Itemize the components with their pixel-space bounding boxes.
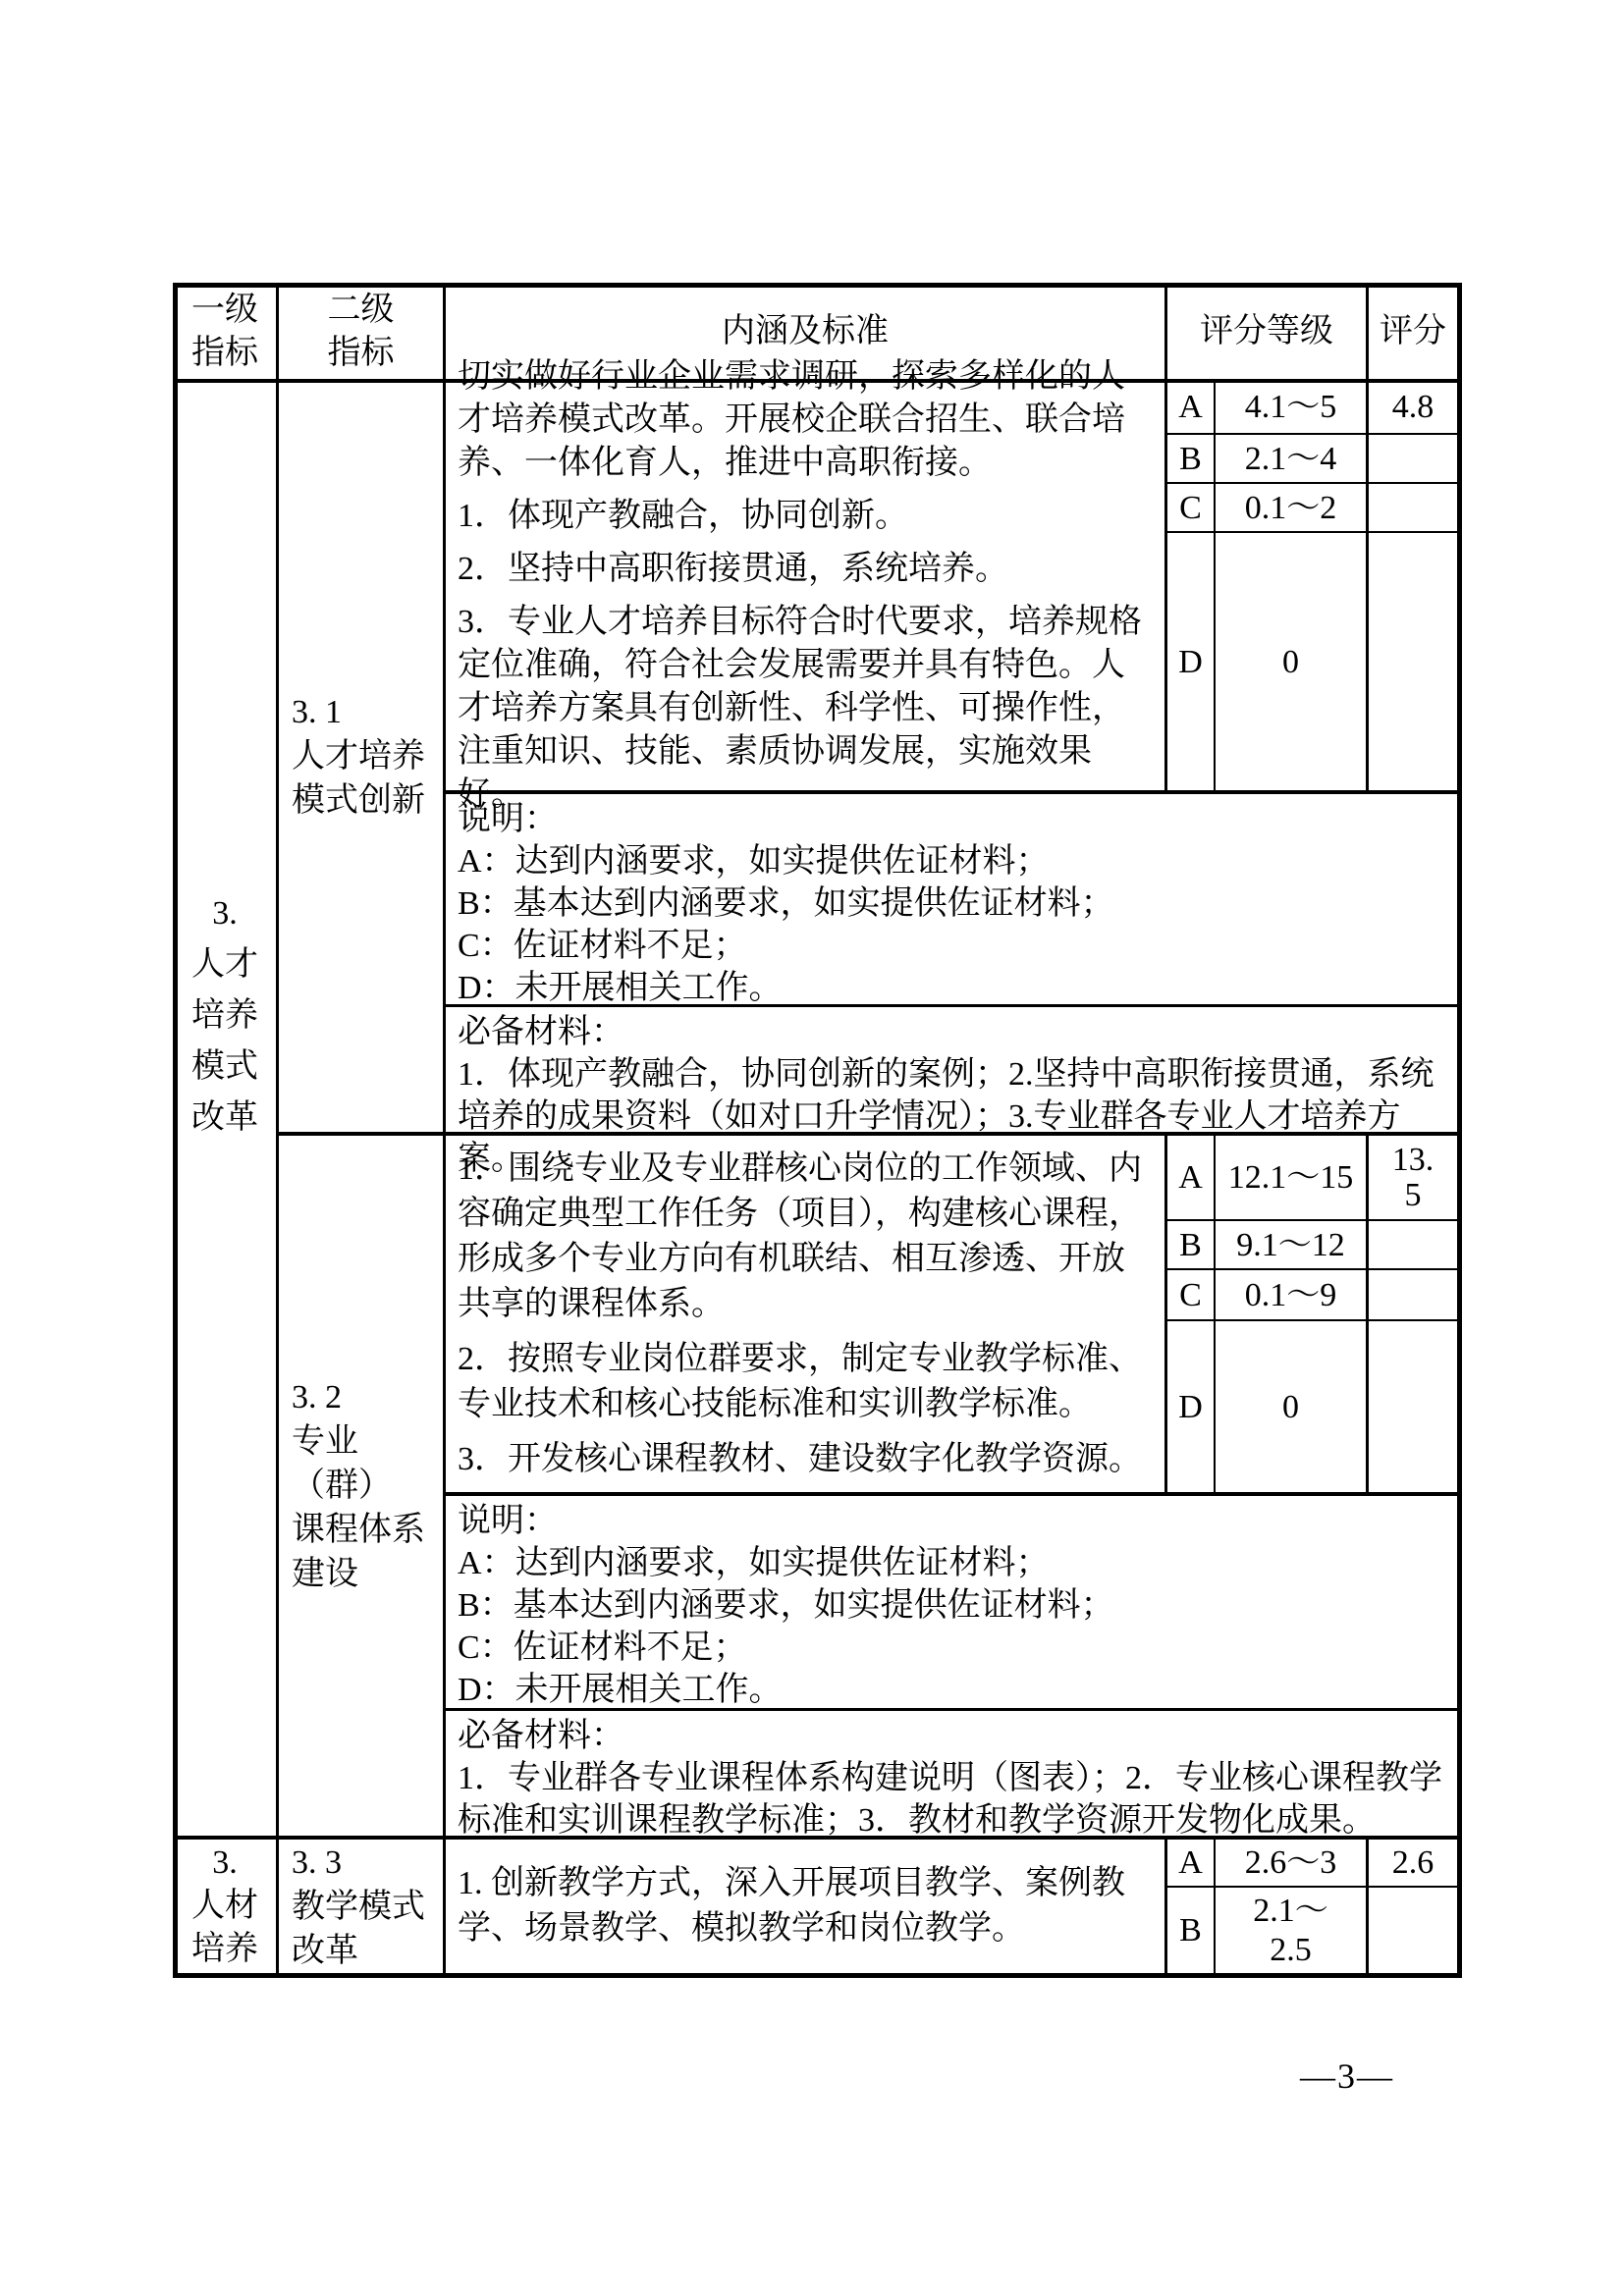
table-border-right [1457, 283, 1462, 1978]
content-standard-3-1: 切实做好行业企业需求调研，探索多样化的人才培养模式改革。开展校企联合招生、联合培… [458, 381, 1157, 790]
content-item: 3．开发核心课程教材、建设数字化教学资源。 [458, 1437, 1157, 1482]
level1-indicator-group: 3. 人才 培养 模式 改革 [173, 888, 277, 1144]
table-border-bottom [173, 1973, 1462, 1978]
grade-letter: C [1167, 484, 1214, 531]
grade-letter: B [1167, 1888, 1214, 1973]
grade-letter: B [1167, 435, 1214, 482]
grade-letter: D [1167, 1321, 1214, 1492]
grade-letter: C [1167, 1270, 1214, 1319]
grade-range: 0.1～2 [1216, 484, 1366, 531]
content-item: 1．围绕专业及专业群核心岗位的工作领域、内容确定典型工作任务（项目），构建核心课… [458, 1147, 1157, 1327]
grade-range: 0 [1216, 1321, 1366, 1492]
grade-score [1369, 1221, 1457, 1268]
grade-range: 2.6～3 [1216, 1840, 1366, 1886]
grading-notes-3-1: 说明： A：达到内涵要求，如实提供佐证材料； B：基本达到内涵要求，如实提供佐证… [458, 794, 1449, 1006]
grade-score: 4.8 [1369, 381, 1457, 433]
content-item: 2．按照专业岗位群要求，制定专业教学标准、专业技术和核心技能标准和实训教学标准。 [458, 1337, 1157, 1427]
grade-range: 12.1～15 [1216, 1136, 1366, 1219]
grade-range: 2.1～4 [1216, 435, 1366, 482]
document-page: 一级 指标 二级 指标 内涵及标准 评分等级 评分 3. 人才 培养 模式 改革… [0, 0, 1624, 2296]
grade-score [1369, 1321, 1457, 1492]
required-materials-3-2: 必备材料： 1．专业群各专业课程体系构建说明（图表）；2．专业核心课程教学标准和… [458, 1713, 1451, 1836]
content-standard-3-2: 1．围绕专业及专业群核心岗位的工作领域、内容确定典型工作任务（项目），构建核心课… [458, 1136, 1157, 1492]
header-level1-indicator: 一级 指标 [173, 285, 277, 379]
grade-range: 4.1～5 [1216, 381, 1366, 433]
grade-score: 2.6 [1369, 1840, 1457, 1886]
required-materials-3-1: 必备材料： 1．体现产教融合，协同创新的案例；2.坚持中高职衔接贯通，系统培养的… [458, 1009, 1451, 1132]
content-item: 3．专业人才培养目标符合时代要求，培养规格定位准确，符合社会发展需要并具有特色。… [458, 601, 1157, 817]
level2-label: 3. 3 教学模式 改革 [292, 1841, 425, 1973]
grade-score [1369, 1270, 1457, 1319]
grade-letter: A [1167, 1136, 1214, 1219]
grade-range: 0 [1216, 533, 1366, 790]
level1-indicator-3-3: 3. 人材 培养 [173, 1840, 277, 1973]
grade-range: 0.1～9 [1216, 1270, 1366, 1319]
grade-score [1369, 435, 1457, 482]
level2-indicator-3-3: 3. 3 教学模式 改革 [292, 1840, 441, 1973]
header-grade: 评分等级 [1167, 285, 1366, 379]
grade-letter: A [1167, 381, 1214, 433]
grade-score [1369, 533, 1457, 790]
grade-score [1369, 1888, 1457, 1973]
grade-score: 13. 5 [1369, 1136, 1457, 1219]
content-item: 1. 创新教学方式，深入开展项目教学、案例教学、场景教学、模拟教学和岗位教学。 [458, 1861, 1157, 1951]
grade-letter: B [1167, 1221, 1214, 1268]
content-item: 2．坚持中高职衔接贯通，系统培养。 [458, 548, 1157, 591]
grade-range: 9.1～12 [1216, 1221, 1366, 1268]
level2-label: 3. 2 专业（群） 课程体系 建设 [292, 1375, 441, 1596]
col-line [443, 283, 446, 1975]
level2-indicator-3-1: 3. 1 人才培养 模式创新 [292, 381, 441, 1132]
page-number: —3— [1294, 2052, 1400, 2101]
grading-notes-3-2: 说明： A：达到内涵要求，如实提供佐证材料； B：基本达到内涵要求，如实提供佐证… [458, 1496, 1449, 1710]
grade-letter: A [1167, 1840, 1214, 1886]
grade-score [1369, 484, 1457, 531]
content-intro: 切实做好行业企业需求调研，探索多样化的人才培养模式改革。开展校企联合招生、联合培… [458, 355, 1157, 485]
header-score: 评分 [1369, 285, 1457, 379]
content-standard-3-3: 1. 创新教学方式，深入开展项目教学、案例教学、场景教学、模拟教学和岗位教学。 [458, 1840, 1157, 1973]
level2-indicator-3-2: 3. 2 专业（群） 课程体系 建设 [292, 1136, 441, 1836]
level2-label: 3. 1 人才培养 模式创新 [292, 690, 425, 823]
content-item: 1．体现产教融合，协同创新。 [458, 495, 1157, 538]
header-level2-indicator: 二级 指标 [279, 285, 443, 379]
grade-letter: D [1167, 533, 1214, 790]
grade-range: 2.1～ 2.5 [1216, 1888, 1366, 1973]
